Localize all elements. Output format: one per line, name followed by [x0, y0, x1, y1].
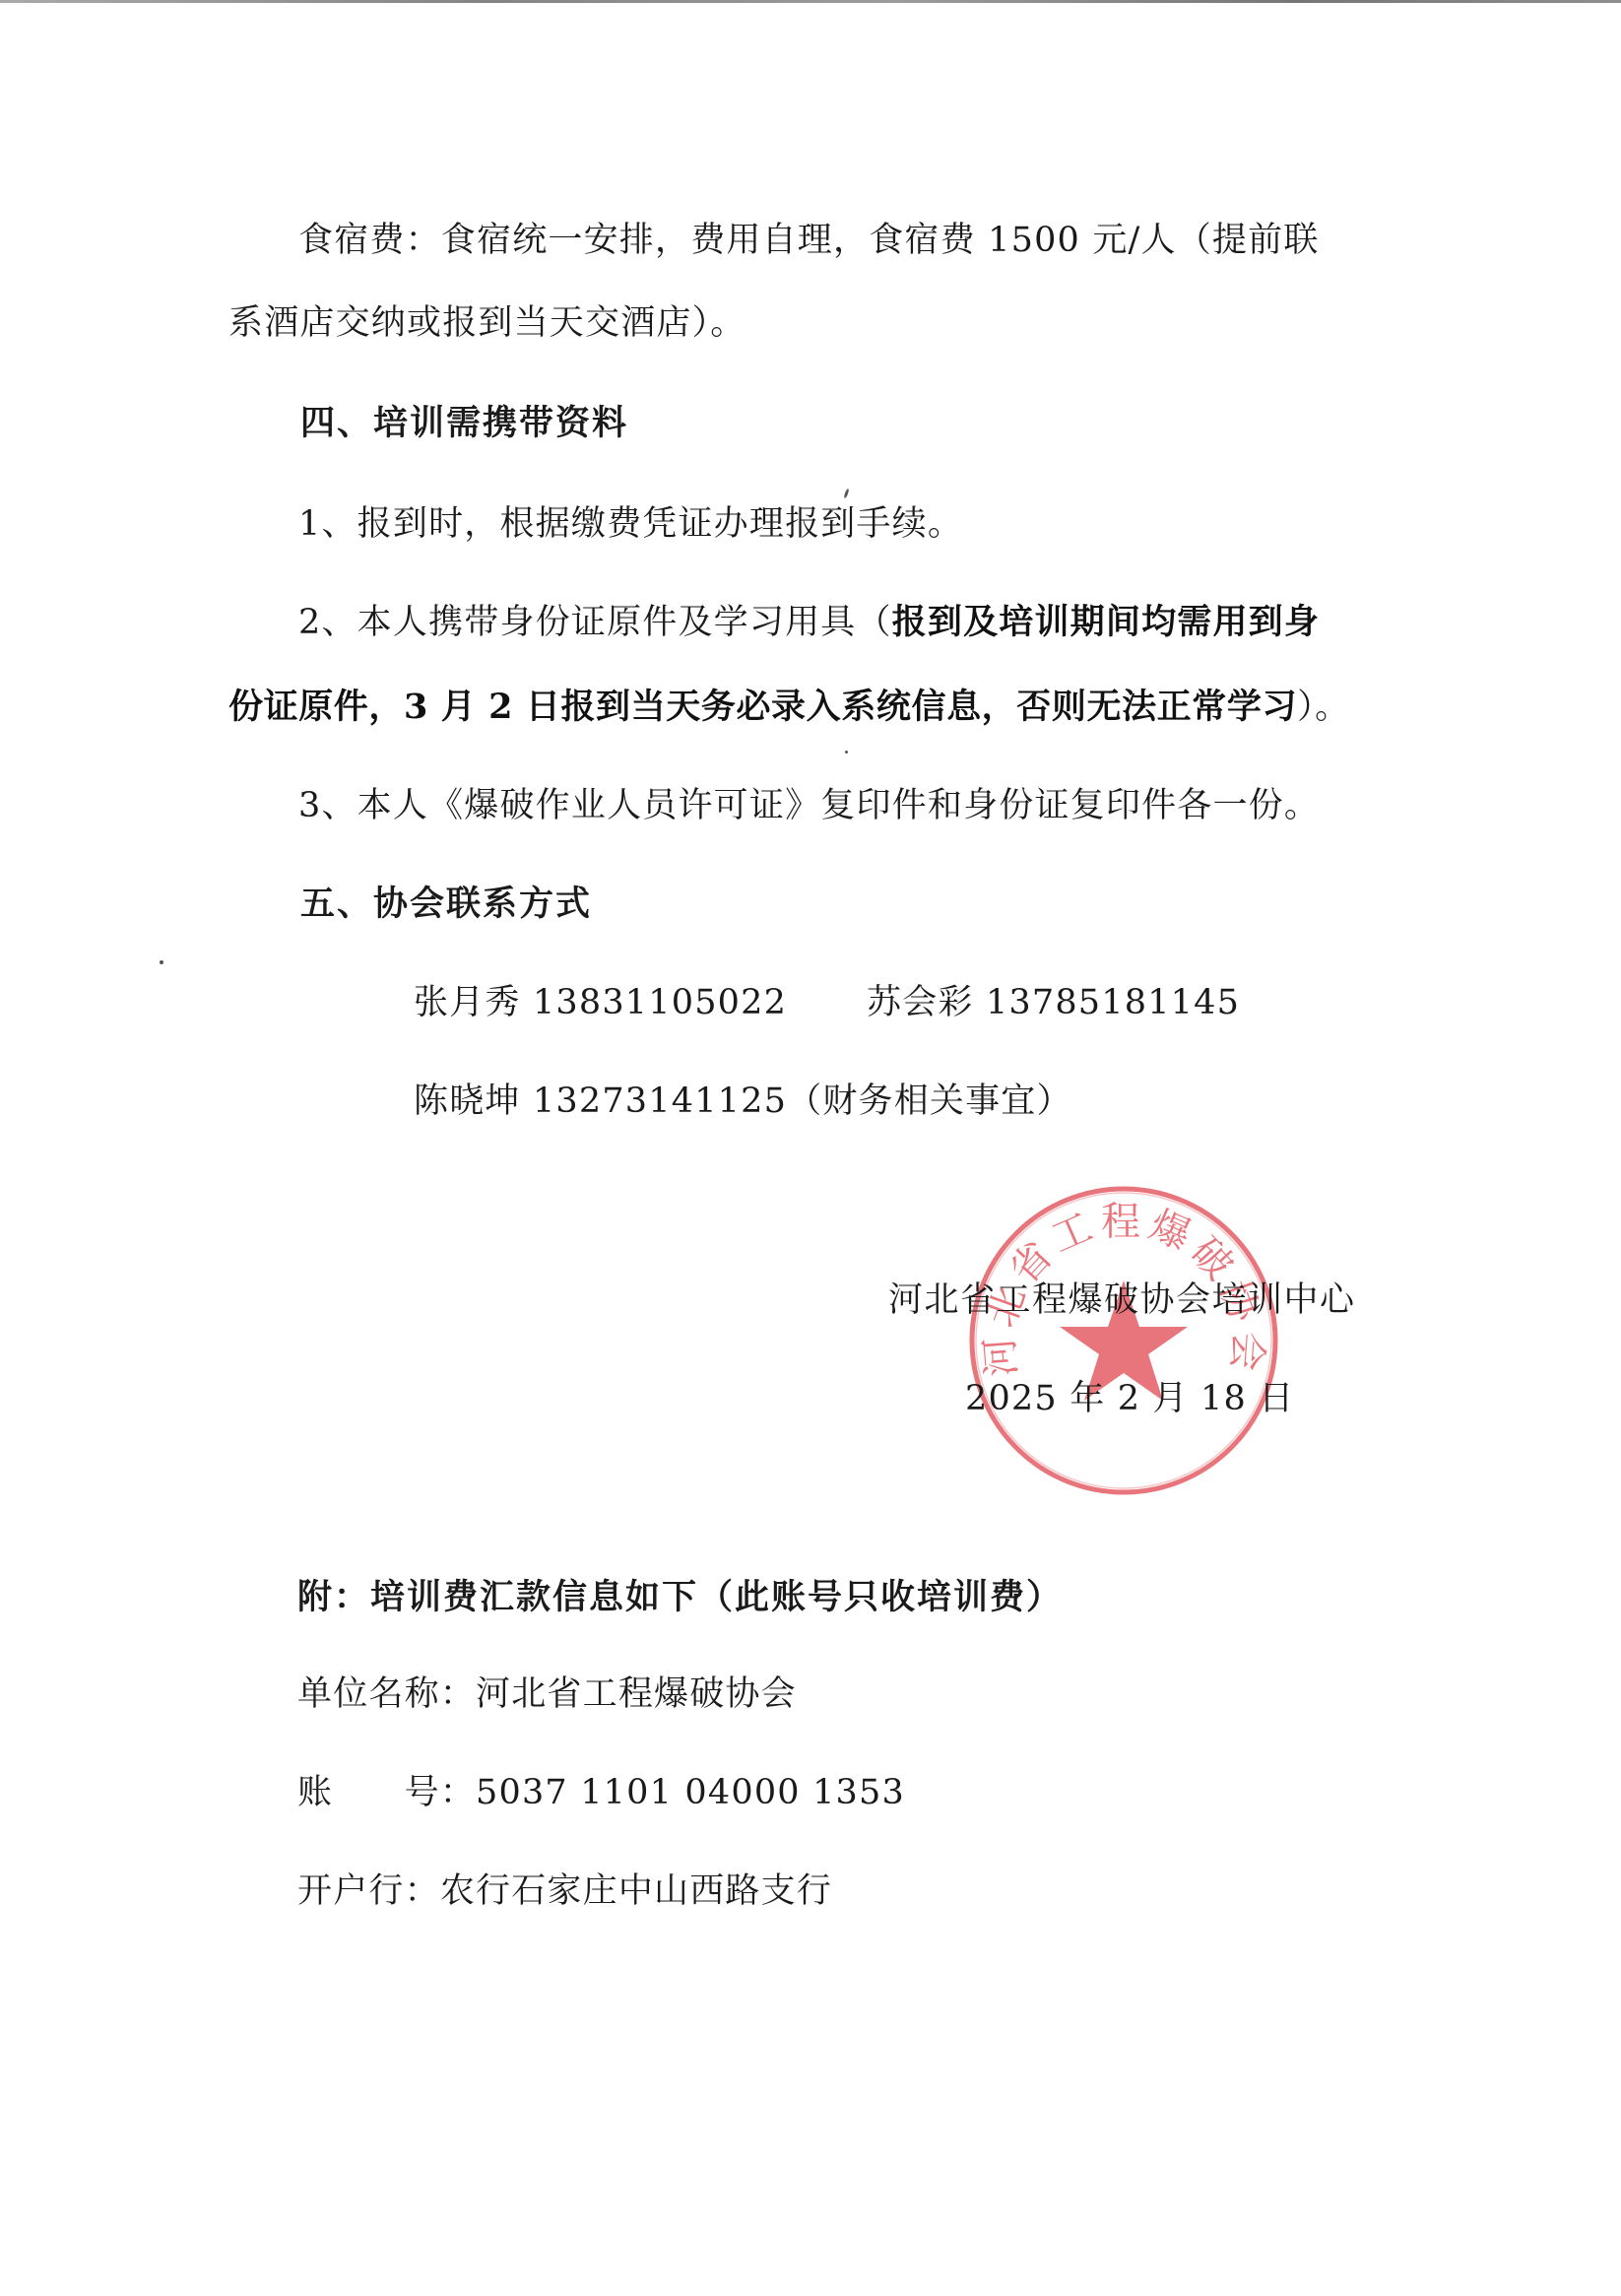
contact-name: 苏会彩 [867, 983, 974, 1022]
contact-name: 陈晓坤 [414, 1082, 521, 1121]
appendix-bank: 开户行：农行石家庄中山西路支行 [297, 1870, 832, 1913]
contact-phone: 13273141125 [533, 1082, 787, 1121]
scan-speck [843, 489, 849, 498]
section-4-item-1: 1、报到时，根据缴费凭证办理报到手续。 [298, 502, 963, 546]
appendix-heading: 附：培训费汇款信息如下（此账号只收培训费） [297, 1576, 1063, 1619]
contact-phone: 13785181145 [986, 983, 1240, 1022]
signature-date: 2025 年 2 月 18 日 [965, 1377, 1295, 1420]
account-label: 账 号： [297, 1773, 476, 1812]
scan-speck [160, 960, 163, 964]
unit-name-label: 单位名称： [297, 1674, 476, 1714]
unit-name-value: 河北省工程爆破协会 [476, 1674, 797, 1714]
section-4-item-2-line-1: 2、本人携带身份证原件及学习用具（报到及培训期间均需用到身 [298, 601, 1320, 644]
account-value: 5037 1101 04000 1353 [476, 1773, 905, 1812]
contact-zhang: 张月秀 13831105022 [414, 981, 787, 1024]
signature-organization: 河北省工程爆破协会培训中心 [888, 1279, 1356, 1322]
item-2-bold-continuation: 份证原件，3 月 2 日报到当天务必录入系统信息，否则无法正常学习 [228, 687, 1297, 727]
contact-name: 张月秀 [414, 983, 521, 1022]
contact-su: 苏会彩 13785181145 [867, 981, 1240, 1024]
appendix-unit-name: 单位名称：河北省工程爆破协会 [297, 1673, 797, 1716]
bank-value: 农行石家庄中山西路支行 [440, 1871, 832, 1911]
bank-label: 开户行： [297, 1871, 440, 1911]
section-4-heading: 四、培训需携带资料 [300, 402, 628, 445]
contact-note: （财务相关事宜） [787, 1082, 1072, 1121]
accommodation-line-1: 食宿费：食宿统一安排，费用自理，食宿费 1500 元/人（提前联 [298, 219, 1320, 262]
item-2-bold-text: 报到及培训期间均需用到身 [892, 602, 1320, 642]
item-2-closing: ）。 [1297, 688, 1350, 727]
scan-top-edge [0, 0, 1621, 3]
appendix-account-number: 账 号：5037 1101 04000 1353 [297, 1771, 905, 1814]
accommodation-line-2: 系酒店交纳或报到当天交酒店）。 [228, 301, 746, 345]
contact-phone: 13831105022 [533, 983, 787, 1022]
section-5-heading: 五、协会联系方式 [300, 883, 592, 926]
scan-speck [845, 751, 848, 754]
contact-chen: 陈晓坤 13273141125（财务相关事宜） [414, 1080, 1072, 1123]
section-4-item-3: 3、本人《爆破作业人员许可证》复印件和身份证复印件各一份。 [298, 784, 1320, 827]
official-seal-stamp: 河北省工程爆破协会 [967, 1184, 1280, 1497]
section-4-item-2-line-2: 份证原件，3 月 2 日报到当天务必录入系统信息，否则无法正常学习）。 [228, 686, 1350, 729]
item-2-normal-text: 2、本人携带身份证原件及学习用具（ [298, 603, 892, 642]
